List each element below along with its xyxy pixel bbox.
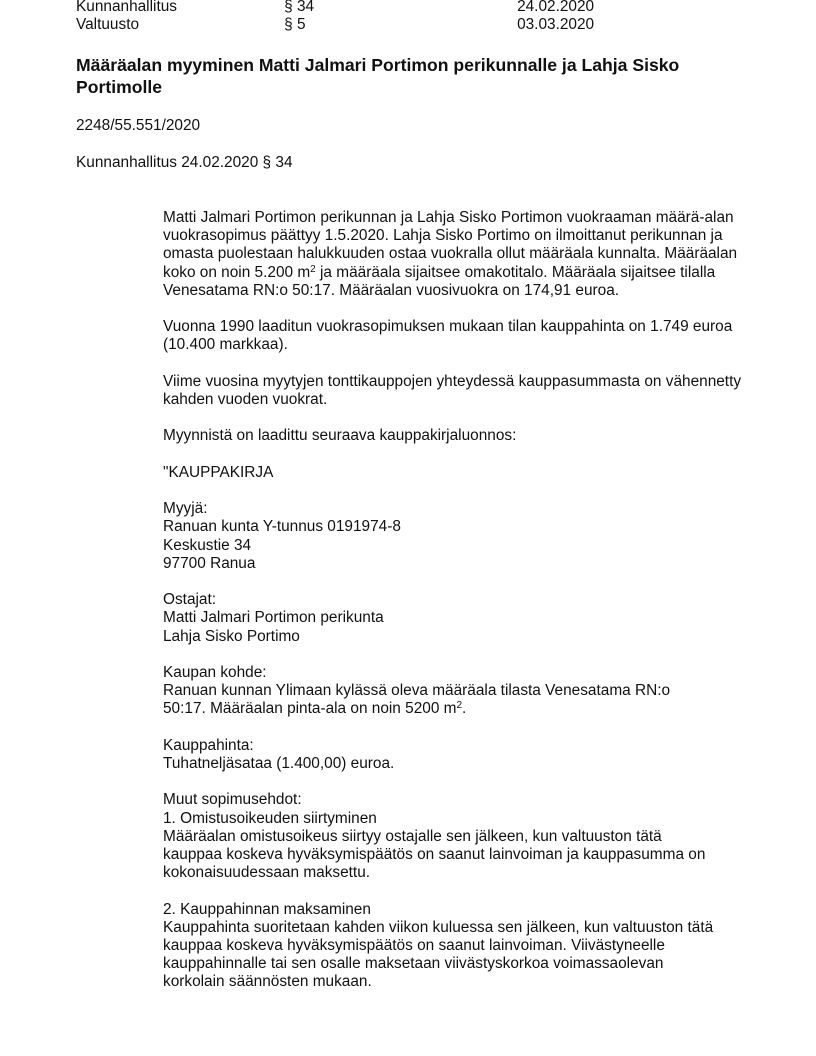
term-heading: 1. Omistusoikeuden siirtyminen [163, 810, 743, 828]
decision-paragraph: § 34 [284, 0, 517, 16]
decision-date: 03.03.2020 [517, 16, 636, 34]
seller-postal: 97700 Ranua [163, 555, 743, 573]
term-line: Kauppahinta suoritetaan kahden viikon ku… [163, 919, 743, 937]
object-label: Kaupan kohde: [163, 664, 743, 682]
decision-paragraph: § 5 [284, 16, 517, 34]
object-line: 50:17. Määräalan pinta-ala on noin 5200 … [163, 700, 743, 718]
decision-body: Kunnanhallitus [76, 0, 284, 16]
seller-street: Keskustie 34 [163, 537, 743, 555]
price-value: Tuhatneljäsataa (1.400,00) euroa. [163, 755, 743, 773]
intro-paragraph: Matti Jalmari Portimon perikunnan ja Lah… [163, 209, 743, 300]
document-body: Matti Jalmari Portimon perikunnan ja Lah… [163, 209, 743, 1010]
term-line: Määräalan omistusoikeus siirtyy ostajall… [163, 828, 743, 846]
session-reference: Kunnanhallitus 24.02.2020 § 34 [76, 154, 293, 172]
term-heading: 2. Kauppahinnan maksaminen [163, 901, 743, 919]
decision-body: Valtuusto [76, 16, 284, 34]
deed-heading: "KAUPPAKIRJA [163, 464, 743, 482]
decision-date: 24.02.2020 [517, 0, 636, 16]
price-block: Kauppahinta: Tuhatneljäsataa (1.400,00) … [163, 737, 743, 773]
buyer-name: Lahja Sisko Portimo [163, 628, 743, 646]
buyers-label: Ostajat: [163, 591, 743, 609]
seller-label: Myyjä: [163, 500, 743, 518]
object-line: Ranuan kunnan Ylimaan kylässä oleva määr… [163, 682, 743, 700]
seller-name-row: Ranuan kunta Y-tunnus 0191974-8 [163, 518, 743, 536]
case-number: 2248/55.551/2020 [76, 117, 200, 135]
object-area-text: 50:17. Määräalan pinta-ala on noin 5200 … [163, 700, 456, 717]
other-terms-block: Muut sopimusehdot: 1. Omistusoikeuden si… [163, 791, 743, 882]
price-1990-paragraph: Vuonna 1990 laaditun vuokrasopimuksen mu… [163, 318, 743, 354]
draft-intro-paragraph: Myynnistä on laadittu seuraava kauppakir… [163, 427, 743, 445]
deduction-paragraph: Viime vuosina myytyjen tonttikauppojen y… [163, 373, 743, 409]
term-line: kokonaisuudessaan maksettu. [163, 864, 743, 882]
object-area-end: . [462, 700, 466, 717]
term-line: korkolain säännösten mukaan. [163, 973, 743, 991]
object-block: Kaupan kohde: Ranuan kunnan Ylimaan kylä… [163, 664, 743, 719]
decision-history-table: Kunnanhallitus § 34 24.02.2020 Valtuusto… [76, 0, 636, 34]
buyer-name: Matti Jalmari Portimon perikunta [163, 609, 743, 627]
document-title: Määräalan myyminen Matti Jalmari Portimo… [76, 54, 756, 98]
term-line: kauppahinnalle tai sen osalle maksetaan … [163, 955, 743, 973]
seller-business-id: Y-tunnus 0191974-8 [263, 518, 401, 535]
term-line: kauppaa koskeva hyväksymispäätös on saan… [163, 937, 743, 955]
price-label: Kauppahinta: [163, 737, 743, 755]
decision-row: Valtuusto § 5 03.03.2020 [76, 16, 636, 34]
seller-name: Ranuan kunta [163, 518, 259, 535]
payment-terms-block: 2. Kauppahinnan maksaminen Kauppahinta s… [163, 901, 743, 992]
seller-block: Myyjä: Ranuan kunta Y-tunnus 0191974-8 K… [163, 500, 743, 573]
decision-row: Kunnanhallitus § 34 24.02.2020 [76, 0, 636, 16]
buyers-block: Ostajat: Matti Jalmari Portimon perikunt… [163, 591, 743, 646]
term-line: kauppaa koskeva hyväksymispäätös on saan… [163, 846, 743, 864]
other-terms-label: Muut sopimusehdot: [163, 791, 743, 809]
